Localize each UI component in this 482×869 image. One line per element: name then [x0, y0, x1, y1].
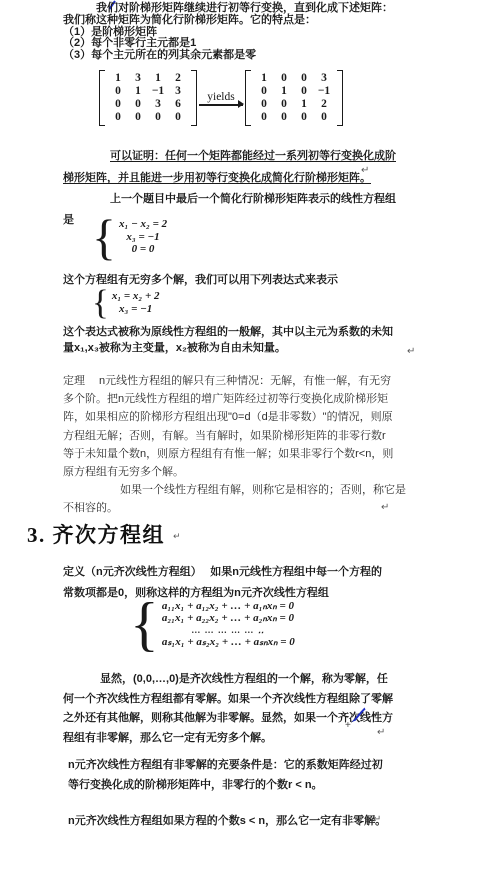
matrix-cell: −1	[314, 85, 334, 98]
equation-lines: x₁ = x₂ + 2 x₃ = −1	[112, 290, 160, 316]
return-mark-icon: ↵	[381, 503, 389, 513]
right-bracket-icon	[191, 70, 197, 126]
matrix-row: 0000	[254, 111, 334, 124]
matrix-cell: 0	[128, 111, 148, 124]
text-line: 程组有非零解，那么它一定有无穷多个解。	[63, 729, 393, 749]
matrix-cell: 0	[108, 111, 128, 124]
equation-system-2: { x₁ = x₂ + 2 x₃ = −1	[92, 289, 160, 317]
matrix-row: 0036	[108, 98, 188, 111]
matrix-row: 1312	[108, 72, 188, 85]
return-mark-icon: ↵	[407, 347, 415, 357]
paragraph-intro: 我们对阶梯形矩阵继续进行初等行变换，直到化成下述矩阵： 我们称这种矩阵为简化行阶…	[63, 3, 429, 62]
text-line: 之外还有其他解，则称其他解为非零解。显然，如果一个齐次线性方	[63, 709, 393, 729]
equation-system-homogeneous: { a₁₁x₁ + a₁₂x₂ + … + a₁ₙxₙ = 0 a₂₁x₁ + …	[130, 600, 295, 648]
document-page: 我们对阶梯形矩阵继续进行初等行变换，直到化成下述矩阵： 我们称这种矩阵为简化行阶…	[0, 0, 482, 869]
brace-icon: {	[92, 217, 116, 257]
paragraph-claim: 可以证明：任何一个矩阵都能经过一系列初等行变换化成阶 梯形矩阵，并且能进一步用初…	[63, 145, 396, 189]
equation-lines: x₁ − x₂ = 2 x₃ = −1 0 = 0	[119, 218, 167, 256]
brace-icon: {	[130, 600, 159, 648]
matrix-cell: 0	[314, 111, 334, 124]
equation-line: x₃ = −1	[112, 303, 160, 316]
text-line: 如果一个线性方程组有解，则称它是相容的；否则，称它是	[63, 481, 406, 499]
right-arrow-icon	[199, 104, 243, 106]
matrix-right: 1003010−100120000	[245, 70, 343, 126]
text-line: n元齐次线性方程组有非零解的充要条件是：它的系数矩阵经过初	[68, 755, 383, 775]
matrix-cell: 1	[294, 98, 314, 111]
matrix-row: 1003	[254, 72, 334, 85]
matrix-cell: 3	[168, 85, 188, 98]
equation-system-1: { x₁ − x₂ = 2 x₃ = −1 0 = 0	[92, 217, 167, 257]
matrix-cell: 0	[254, 98, 274, 111]
equation-lines: a₁₁x₁ + a₁₂x₂ + … + a₁ₙxₙ = 0 a₂₁x₁ + a₂…	[162, 600, 295, 648]
matrix-cell: 0	[128, 98, 148, 111]
matrix-grid: 131201−1300360000	[105, 70, 191, 126]
equation-line: … … … … … ‥	[162, 624, 295, 636]
matrix-cell: 3	[314, 72, 334, 85]
return-mark-icon: ↵	[173, 532, 181, 542]
matrix-cell: 1	[274, 85, 294, 98]
equation-line: a₁₁x₁ + a₁₂x₂ + … + a₁ₙxₙ = 0	[162, 600, 295, 612]
text-line: 原方程组有无穷多个解。	[63, 463, 406, 481]
plus-cursor-icon: +	[345, 721, 351, 731]
feature-list-item: （3）每个主元所在的列其余元素都是零	[63, 50, 429, 62]
matrix-cell: 1	[254, 72, 274, 85]
text-line: 多个阶。把n元线性方程组的增广矩阵经过初等行变换化成阶梯形矩	[63, 390, 406, 408]
text-line: 显然，(0,0,…,0)是齐次线性方程组的一个解，称为零解，任	[63, 670, 393, 690]
section-heading: 3. 齐次方程组	[27, 519, 165, 549]
yields-arrow: yields	[199, 70, 243, 126]
matrix-left: 131201−1300360000	[99, 70, 197, 126]
matrix-cell: 1	[148, 72, 168, 85]
matrix-cell: 0	[254, 111, 274, 124]
matrix-cell: 0	[108, 98, 128, 111]
matrix-cell: 2	[168, 72, 188, 85]
pen-annotation-icon	[349, 706, 367, 724]
matrix-cell: 6	[168, 98, 188, 111]
matrix-cell: 2	[314, 98, 334, 111]
return-mark-icon: ↵	[373, 815, 381, 825]
matrix-row: 01−13	[108, 85, 188, 98]
matrix-cell: 1	[108, 72, 128, 85]
yields-label: yields	[207, 91, 234, 103]
matrix-cell: 0	[294, 111, 314, 124]
text-line: 我们称这种矩阵为简化行阶梯形矩阵。它的特点是：	[63, 15, 429, 27]
matrix-cell: 0	[274, 98, 294, 111]
text-line: 这个表达式被称为原线性方程组的一般解，其中以主元为系数的未知	[63, 324, 393, 340]
text-line: 梯形矩阵，并且能进一步用初等行变换化成简化行阶梯形矩阵。	[63, 167, 396, 189]
text-line: n元齐次线性方程组如果方程的个数s < n，那么它一定有非零解。	[68, 812, 386, 828]
matrix-cell: 0	[294, 85, 314, 98]
equation-line: 0 = 0	[119, 243, 167, 256]
paragraph-zero-solution: 显然，(0,0,…,0)是齐次线性方程组的一个解，称为零解，任 何一个齐次线性方…	[63, 670, 393, 748]
right-bracket-icon	[337, 70, 343, 126]
text-line: 等于未知量个数n，则原方程组有有惟一解；如果非零行个数r<n，则	[63, 445, 406, 463]
matrix-cell: 0	[148, 111, 168, 124]
text-line: 方程组无解；否则，有解。当有解时，如果阶梯形矩阵的非零行数r	[63, 427, 406, 445]
matrix-cell: 0	[168, 111, 188, 124]
text-line: 可以证明：任何一个矩阵都能经过一系列初等行变换化成阶	[63, 145, 396, 167]
paragraph-definition: 定义（n元齐次线性方程组） 如果n元线性方程组中每一个方程的 常数项都是0，则称…	[63, 562, 382, 603]
matrix-cell: 3	[128, 72, 148, 85]
paragraph-general-solution: 这个表达式被称为原线性方程组的一般解，其中以主元为系数的未知 量x₁,x₃被称为…	[63, 324, 393, 356]
text-line: 阵，如果相应的阶梯形方程组出现"0=d（d是非零数）"的情况，则原	[63, 408, 406, 426]
text-line: 定义（n元齐次线性方程组） 如果n元线性方程组中每一个方程的	[63, 562, 382, 583]
text-line: 不相容的。	[63, 499, 406, 517]
paragraph-theorem: 定理 n元线性方程组的解只有三种情况：无解，有惟一解，有无穷 多个阶。把n元线性…	[63, 372, 406, 518]
equation-line: x₃ = −1	[119, 231, 167, 244]
equation-line: aₛ₁x₁ + aₛ₂x₂ + … + aₛₙxₙ = 0	[162, 636, 295, 648]
text-line: 等行变换化成的阶梯形矩阵中，非零行的个数r < n。	[68, 775, 383, 795]
brace-icon: {	[92, 289, 109, 317]
matrix-cell: 0	[254, 85, 274, 98]
matrix-row: 0000	[108, 111, 188, 124]
matrix-grid: 1003010−100120000	[251, 70, 337, 126]
matrix-cell: 3	[148, 98, 168, 111]
matrix-cell: 0	[294, 72, 314, 85]
text-line: 何一个齐次线性方程组都有零解。如果一个齐次线性方程组除了零解	[63, 690, 393, 710]
matrix-cell: 0	[274, 111, 294, 124]
matrix-cell: 0	[108, 85, 128, 98]
text-line: 上一个题目中最后一个简化行阶梯形矩阵表示的线性方程组	[63, 189, 396, 210]
matrix-row: 010−1	[254, 85, 334, 98]
return-mark-icon: ↵	[377, 728, 385, 738]
matrix-row: 0012	[254, 98, 334, 111]
matrix-cell: −1	[148, 85, 168, 98]
matrix-cell: 1	[128, 85, 148, 98]
text-line: 量x₁,x₃被称为主变量，x₂被称为自由未知量。	[63, 340, 393, 356]
paragraph-condition: n元齐次线性方程组有非零解的充要条件是：它的系数矩阵经过初 等行变换化成的阶梯形…	[68, 755, 383, 795]
equation-line: a₂₁x₁ + a₂₂x₂ + … + a₂ₙxₙ = 0	[162, 612, 295, 624]
return-mark-icon: ↵	[361, 166, 369, 176]
matrix-transformation: 131201−1300360000 yields 1003010−1001200…	[99, 70, 343, 126]
text-line: 定理 n元线性方程组的解只有三种情况：无解，有惟一解，有无穷	[63, 372, 406, 390]
equation-line: x₁ − x₂ = 2	[119, 218, 167, 231]
matrix-cell: 0	[274, 72, 294, 85]
paragraph-last: n元齐次线性方程组如果方程的个数s < n，那么它一定有非零解。	[68, 812, 386, 828]
equation-line: x₁ = x₂ + 2	[112, 290, 160, 303]
